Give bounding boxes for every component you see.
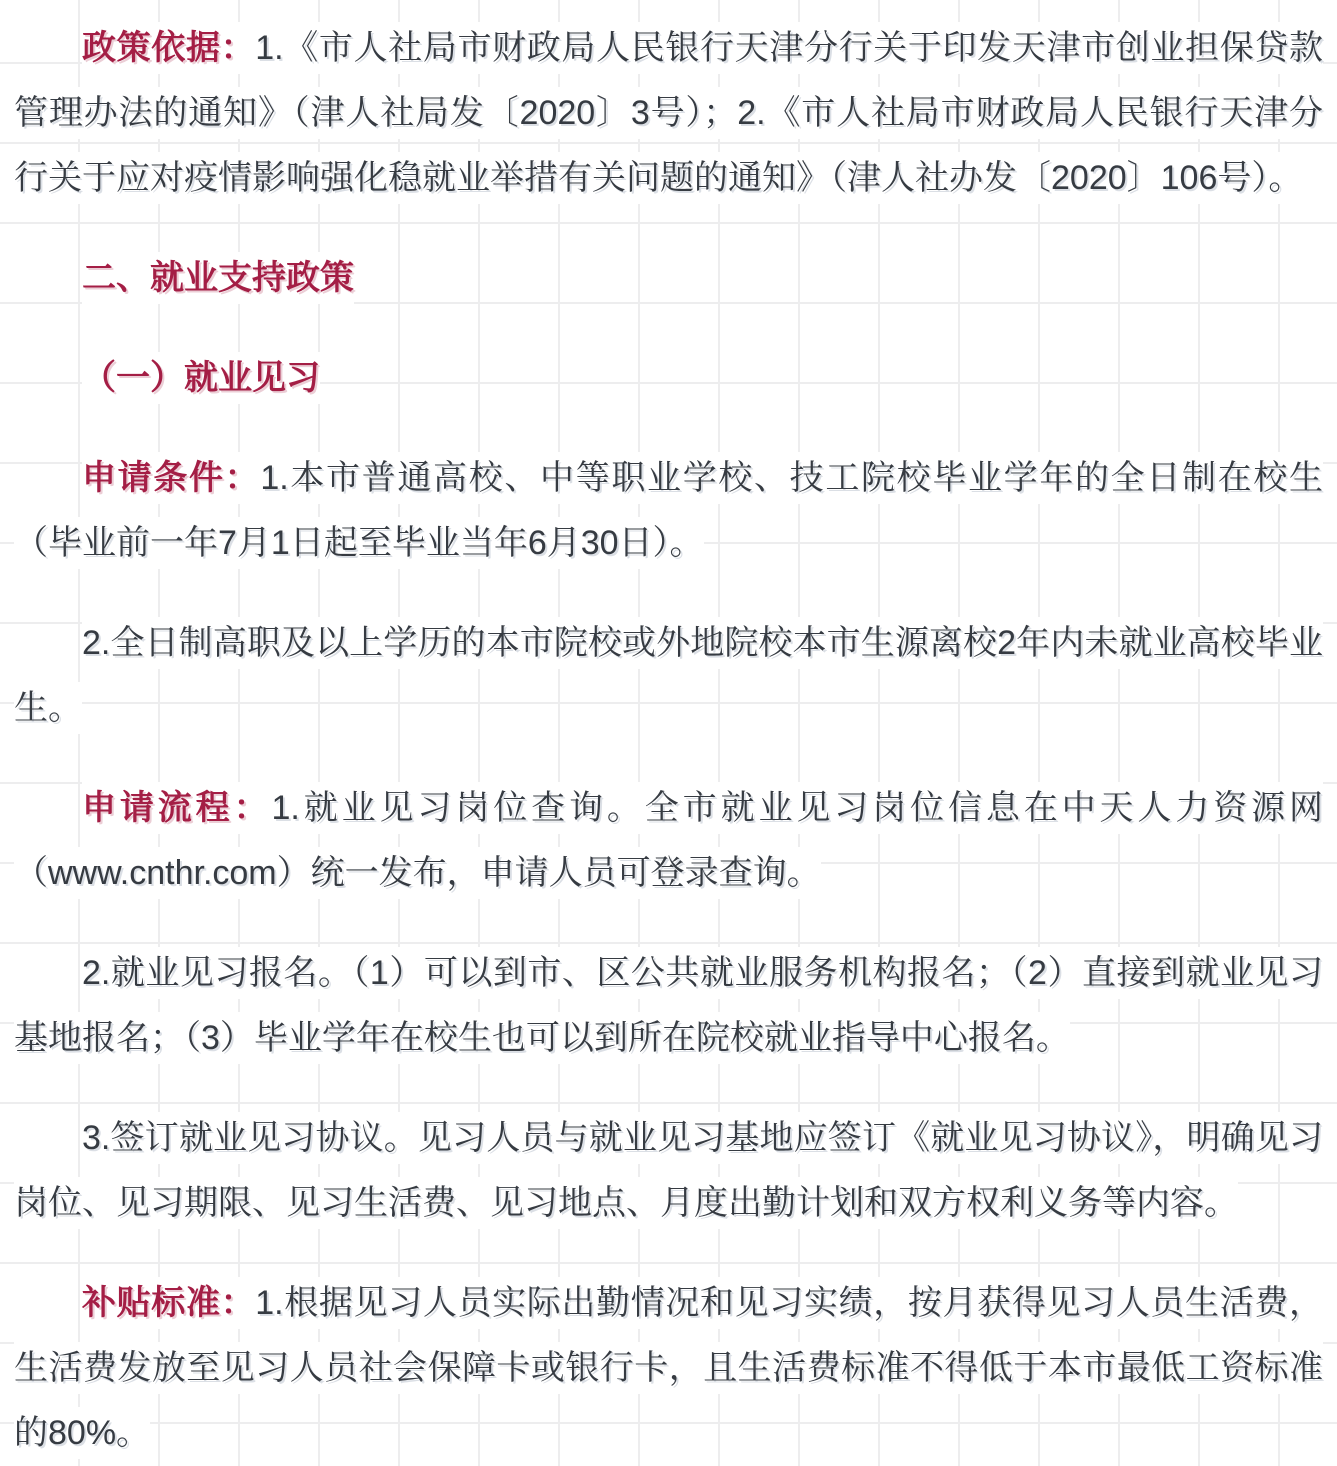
text-strip: 二、就业支持政策 (82, 252, 354, 304)
paragraph: 申请流程：1.就业见习岗位查询。全市就业见习岗位信息在中天人力资源网（www.c… (14, 776, 1323, 906)
document-background: { "page": { "background_color": "#ffffff… (0, 0, 1337, 1466)
paragraph: 补贴标准：1.根据见习人员实际出勤情况和见习实绩，按月获得见习人员生活费，生活费… (14, 1271, 1323, 1466)
policy-article: 政策依据：1.《市人社局市财政局人民银行天津分行关于印发天津市创业担保贷款管理办… (14, 16, 1323, 1466)
section-heading: 二、就业支持政策 (14, 246, 1323, 311)
text-strip: 3.签订就业见习协议。见习人员与就业见习基地应签订《就业见习协议》，明确见习岗位… (14, 1112, 1323, 1229)
text-strip: 2.就业见习报名。（1）可以到市、区公共就业服务机构报名；（2）直接到就业见习基… (14, 947, 1323, 1064)
paragraph-text: 2.全日制高职及以上学历的本市院校或外地院校本市生源离校2年内未就业高校毕业生。 (14, 624, 1323, 727)
paragraph-label: 政策依据： (82, 29, 255, 67)
paragraph-label: 补贴标准： (82, 1284, 255, 1322)
text-strip: 申请条件：1.本市普通高校、中等职业学校、技工院校毕业学年的全日制在校生（毕业前… (14, 452, 1323, 569)
heading-text: （一）就业见习 (82, 359, 320, 397)
text-strip: 申请流程：1.就业见习岗位查询。全市就业见习岗位信息在中天人力资源网（www.c… (14, 782, 1323, 899)
paragraph: 2.就业见习报名。（1）可以到市、区公共就业服务机构报名；（2）直接到就业见习基… (14, 941, 1323, 1071)
text-strip: （一）就业见习 (82, 352, 320, 404)
paragraph: 申请条件：1.本市普通高校、中等职业学校、技工院校毕业学年的全日制在校生（毕业前… (14, 446, 1323, 576)
paragraph-text: 3.签订就业见习协议。见习人员与就业见习基地应签订《就业见习协议》，明确见习岗位… (14, 1119, 1323, 1222)
paragraph: 2.全日制高职及以上学历的本市院校或外地院校本市生源离校2年内未就业高校毕业生。 (14, 611, 1323, 741)
paragraph-label: 申请流程： (82, 789, 271, 827)
heading-text: 二、就业支持政策 (82, 259, 354, 297)
text-strip: 政策依据：1.《市人社局市财政局人民银行天津分行关于印发天津市创业担保贷款管理办… (14, 22, 1323, 204)
text-strip: 补贴标准：1.根据见习人员实际出勤情况和见习实绩，按月获得见习人员生活费，生活费… (14, 1277, 1323, 1459)
paragraph-label: 申请条件： (82, 459, 260, 497)
paragraph-text: 2.就业见习报名。（1）可以到市、区公共就业服务机构报名；（2）直接到就业见习基… (14, 954, 1323, 1057)
section-heading: （一）就业见习 (14, 346, 1323, 411)
text-strip: 2.全日制高职及以上学历的本市院校或外地院校本市生源离校2年内未就业高校毕业生。 (14, 617, 1323, 734)
paragraph: 政策依据：1.《市人社局市财政局人民银行天津分行关于印发天津市创业担保贷款管理办… (14, 16, 1323, 211)
paragraph: 3.签订就业见习协议。见习人员与就业见习基地应签订《就业见习协议》，明确见习岗位… (14, 1106, 1323, 1236)
article-page: 政策依据：1.《市人社局市财政局人民银行天津分行关于印发天津市创业担保贷款管理办… (0, 0, 1337, 1466)
